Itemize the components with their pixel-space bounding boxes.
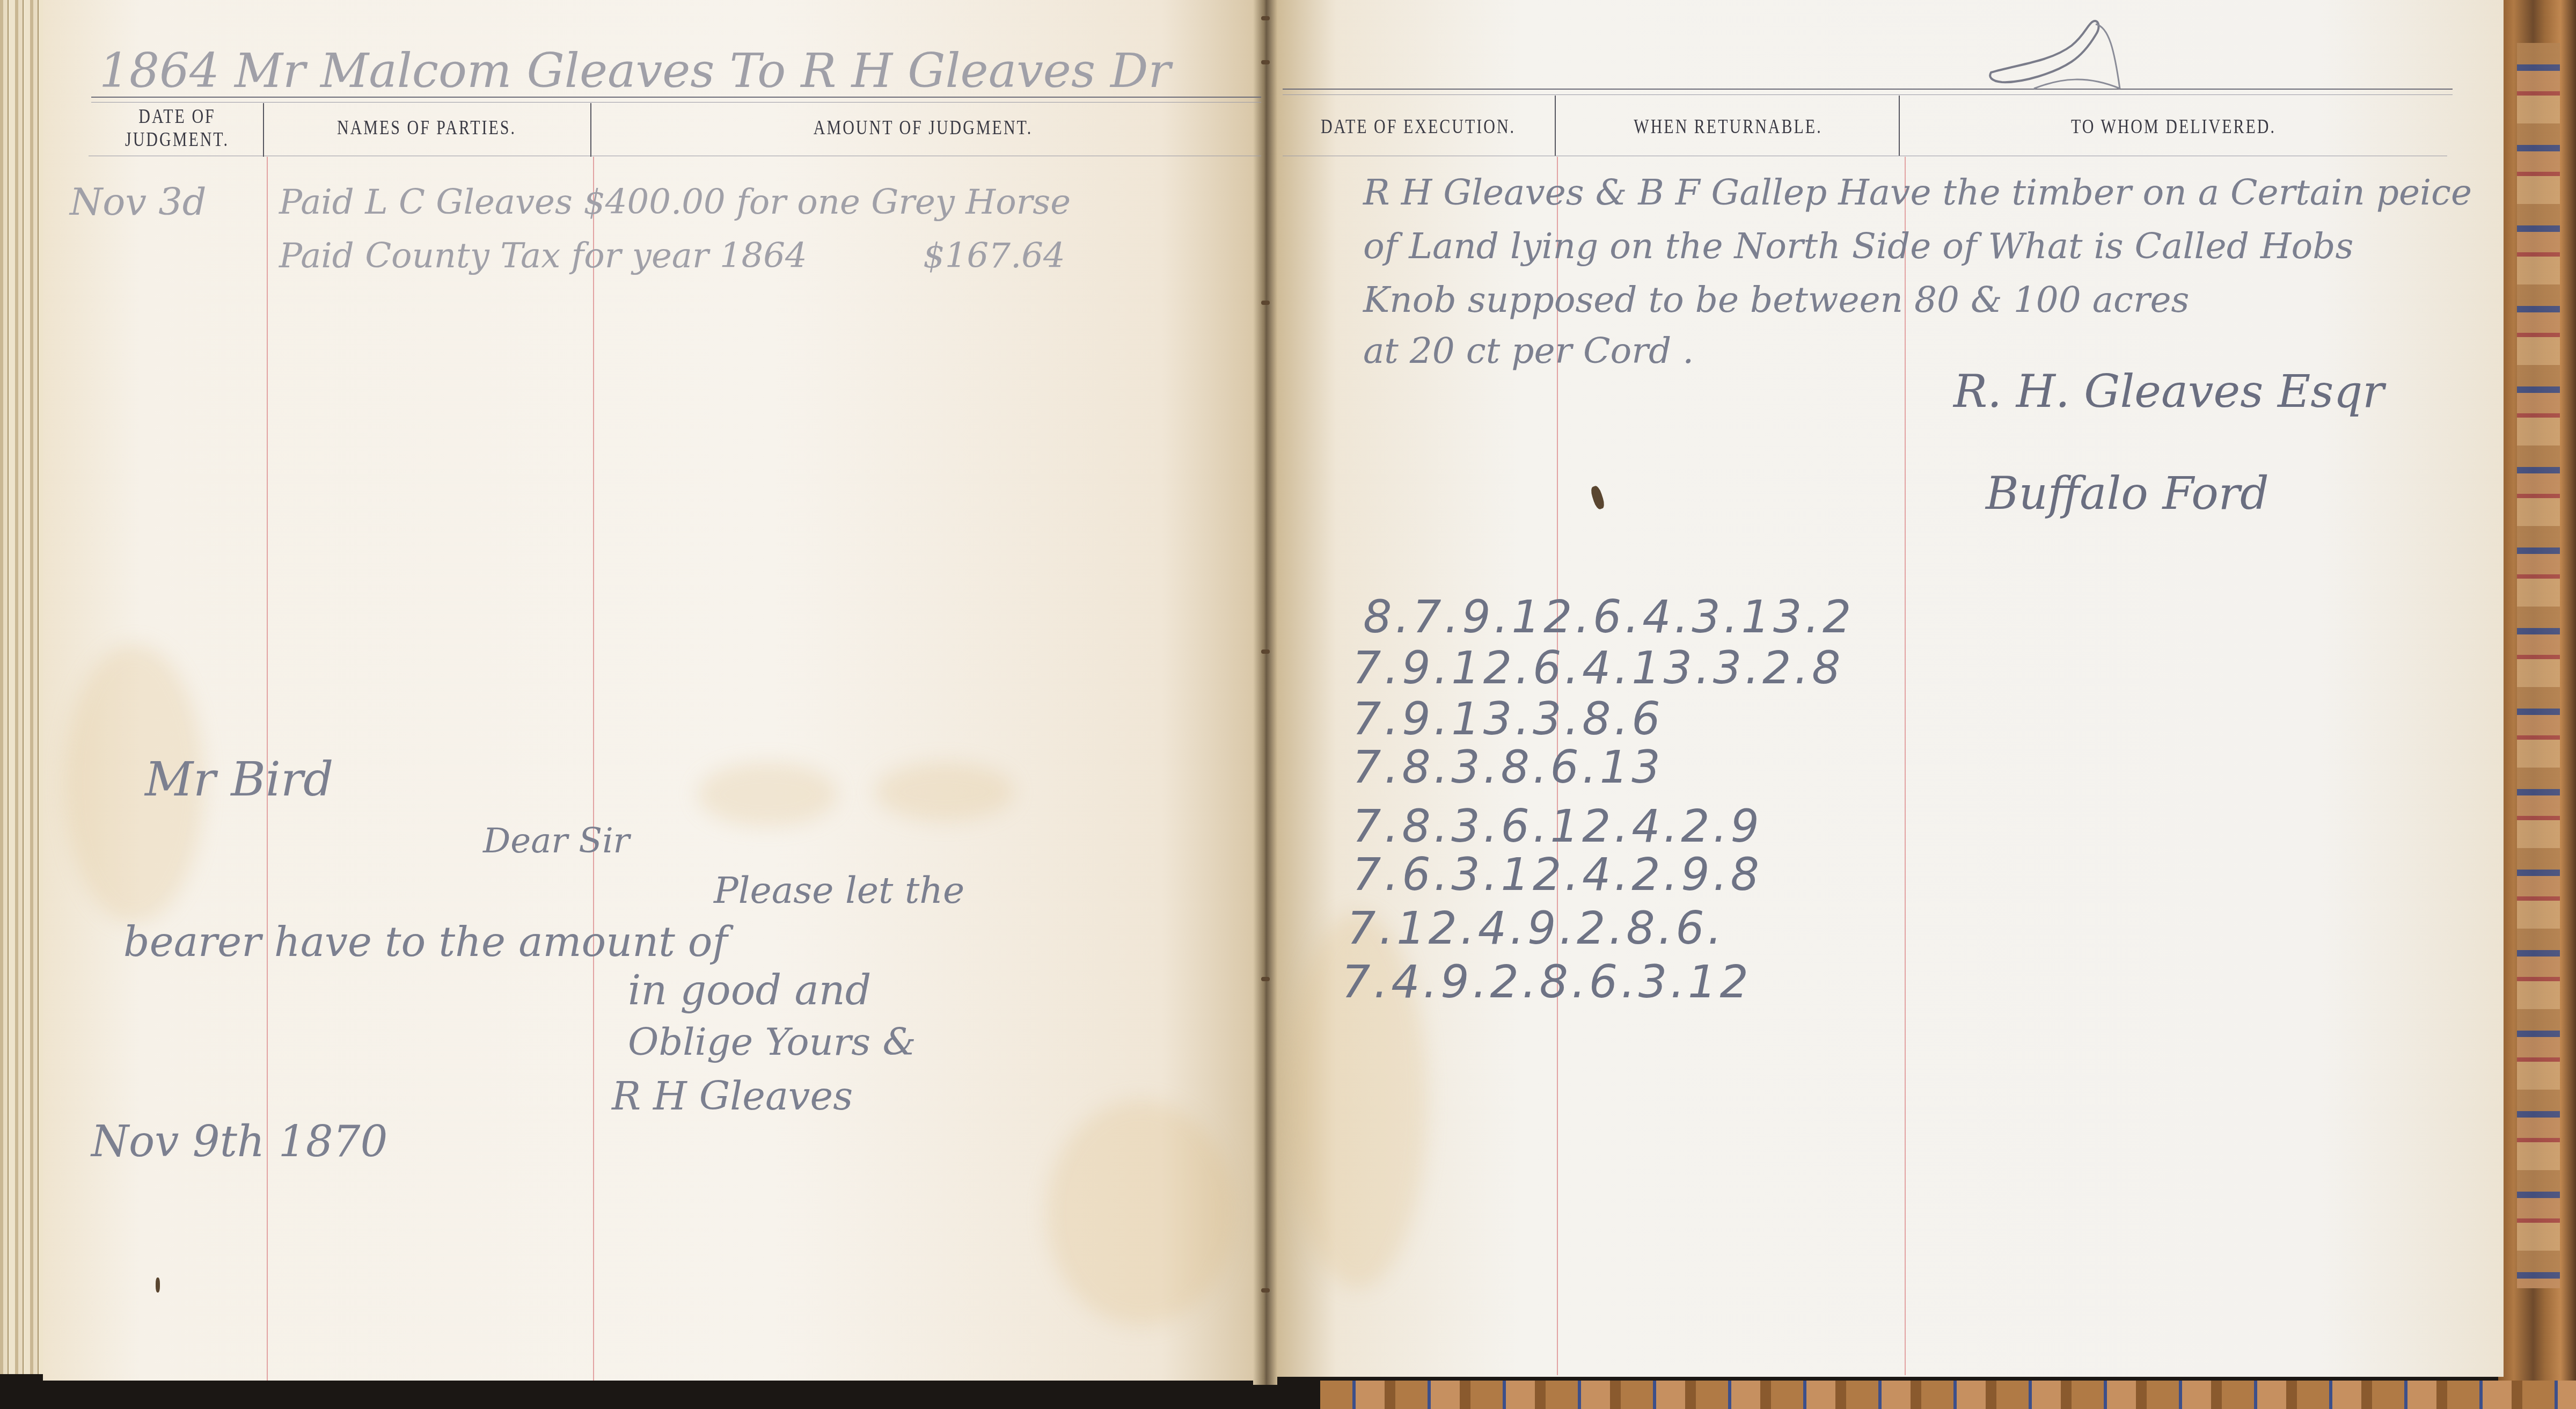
- binding-stitch: [1261, 1288, 1270, 1293]
- ledger-title-handwritten: 1864 Mr Malcom Gleaves To R H Gleaves Dr: [99, 43, 1171, 98]
- shoe-sketch-icon: [1986, 13, 2147, 99]
- column-divider: [1555, 96, 1556, 156]
- note-date: Nov 9th 1870: [91, 1116, 387, 1166]
- entry-line: R H Gleaves & B F Gallep Have the timber…: [1363, 172, 2472, 213]
- column-header-amount-of-judgment: AMOUNT OF JUDGMENT.: [590, 117, 1256, 140]
- column-header-date-of-execution: DATE OF EXECUTION.: [1283, 116, 1554, 139]
- header-rule-top-inner: [91, 102, 1261, 103]
- binding-stitch: [1261, 16, 1270, 20]
- signature-place: Buffalo Ford: [1986, 467, 2269, 520]
- book-gutter: [1253, 0, 1277, 1385]
- marbled-cover-bottom: [1320, 1381, 2576, 1409]
- column-header-names-of-parties: NAMES OF PARTIES.: [263, 117, 590, 140]
- header-rule-top-right-inner: [1283, 94, 2453, 95]
- note-line: Oblige Yours &: [628, 1020, 916, 1064]
- entry-line: at 20 ct per Cord .: [1363, 330, 1694, 371]
- number-row: 7.8.3.6.12.4.2.9: [1352, 800, 1762, 852]
- water-stain: [698, 762, 837, 827]
- water-stain: [875, 762, 1014, 821]
- binding-stitch: [1261, 977, 1270, 981]
- water-stain: [1046, 1100, 1234, 1326]
- entry-amount: $167.64: [923, 236, 1065, 276]
- signature-name: R. H. Gleaves Esqr: [1953, 365, 2384, 418]
- note-signature: R H Gleaves: [612, 1074, 853, 1119]
- number-row: 7.6.3.12.4.2.9.8: [1352, 848, 1762, 901]
- number-row: 7.9.12.6.4.13.3.2.8: [1352, 641, 1844, 694]
- column-header-to-whom-delivered: TO WHOM DELIVERED.: [1900, 116, 2447, 139]
- number-row: 8.7.9.12.6.4.3.13.2: [1363, 590, 1855, 643]
- number-row: 7.8.3.8.6.13: [1352, 741, 1664, 793]
- binding-stitch: [1261, 301, 1270, 305]
- header-rule-top-right: [1283, 89, 2453, 90]
- red-column-rule: [593, 157, 594, 1381]
- note-line: Please let the: [714, 870, 964, 912]
- number-row: 7.9.13.3.8.6: [1352, 692, 1664, 745]
- number-row: 7.4.9.2.8.6.3.12: [1342, 955, 1752, 1008]
- note-line: in good and: [628, 966, 871, 1014]
- column-header-date-of-judgment: DATE OF JUDGMENT.: [91, 106, 263, 151]
- entry-date: Nov 3d: [70, 180, 207, 224]
- entry-line: of Land lying on the North Side of What …: [1363, 225, 2353, 267]
- note-salutation: Mr Bird: [145, 751, 333, 807]
- entry-text: Paid L C Gleaves $400.00 for one Grey Ho…: [279, 182, 1071, 222]
- header-rule-bottom: [89, 156, 1261, 156]
- note-greeting: Dear Sir: [483, 821, 630, 861]
- red-column-rule: [1905, 157, 1906, 1375]
- note-line: bearer have to the amount of: [123, 918, 728, 966]
- binding-stitch: [1261, 60, 1270, 64]
- page-stack-left: [0, 0, 48, 1374]
- binding-stitch: [1261, 649, 1270, 654]
- marbled-page-edge: [2517, 43, 2560, 1288]
- header-rule-bottom-right: [1283, 156, 2447, 156]
- entry-line: Knob supposed to be between 80 & 100 acr…: [1363, 279, 2189, 320]
- number-row: 7.12.4.9.2.8.6.: [1347, 902, 1725, 954]
- paper-speck: [156, 1277, 160, 1293]
- entry-text: Paid County Tax for year 1864: [279, 236, 807, 276]
- column-header-when-returnable: WHEN RETURNABLE.: [1556, 116, 1900, 139]
